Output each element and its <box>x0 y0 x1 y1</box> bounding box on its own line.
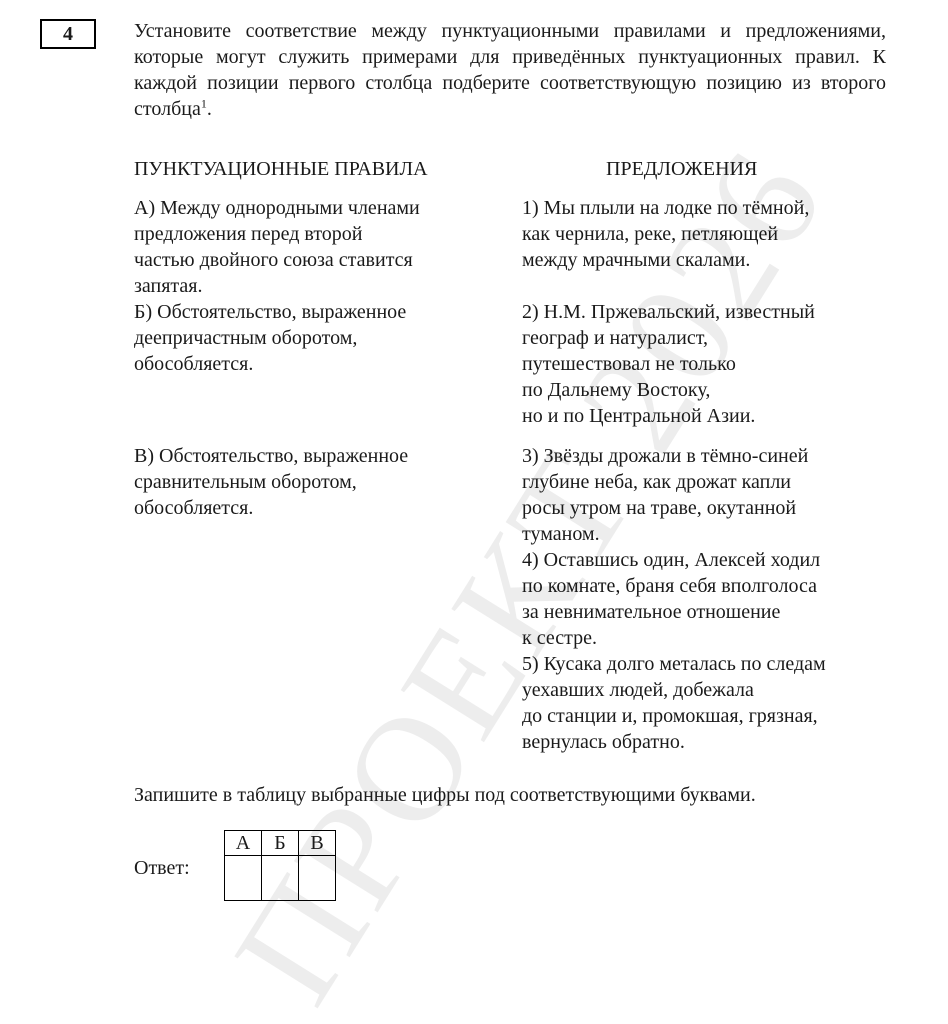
answer-cell-a[interactable] <box>225 856 262 901</box>
answer-header-v: В <box>299 831 336 856</box>
rule-b: Б) Обстоятельство, выраженное деепричаст… <box>134 299 494 377</box>
answer-cell-b[interactable] <box>262 856 299 901</box>
sentence-5: 5) Кусака долго металась по следам уехав… <box>522 651 892 755</box>
answer-header-a: А <box>225 831 262 856</box>
rule-a: А) Между однородными членами предложения… <box>134 195 494 299</box>
intro-text: Установите соответствие между пунктуацио… <box>134 20 886 120</box>
answer-cell-v[interactable] <box>299 856 336 901</box>
sentence-4: 4) Оставшись один, Алексей ходил по комн… <box>522 547 892 651</box>
rules-column-header: ПУНКТУАЦИОННЫЕ ПРАВИЛА <box>134 156 428 182</box>
intro-end: . <box>207 98 212 120</box>
sentence-1: 1) Мы плыли на лодке по тёмной, как черн… <box>522 195 892 273</box>
sentence-3: 3) Звёзды дрожали в тёмно-синей глубине … <box>522 443 892 547</box>
instruction: Запишите в таблицу выбранные цифры под с… <box>134 782 756 808</box>
answer-header-b: Б <box>262 831 299 856</box>
answer-table: А Б В <box>224 830 336 901</box>
sentences-column-header: ПРЕДЛОЖЕНИЯ <box>606 156 757 182</box>
rule-v: В) Обстоятельство, выраженное сравнитель… <box>134 443 494 521</box>
task-number: 4 <box>40 19 96 49</box>
answer-label: Ответ: <box>134 855 190 881</box>
sentence-2: 2) Н.М. Пржевальский, известный географ … <box>522 299 892 429</box>
task-intro: Установите соответствие между пунктуацио… <box>134 18 886 122</box>
